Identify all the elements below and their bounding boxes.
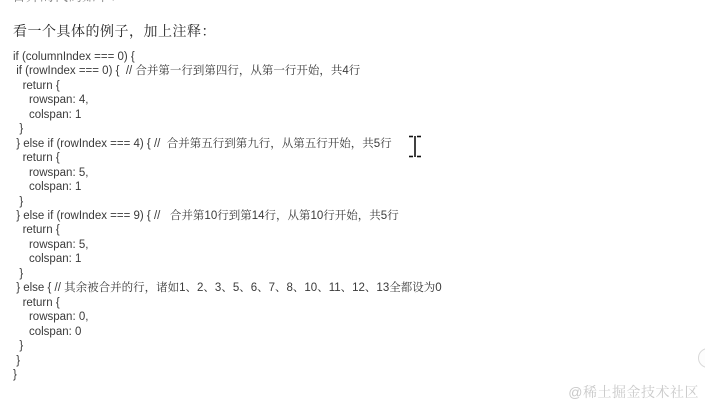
article-page: 合并的代码如下： 看一个具体的例子，加上注释： if (columnIndex … <box>0 0 705 409</box>
watermark: @稀土掘金技术社区 <box>568 384 699 401</box>
clipped-paragraph: 合并的代码如下： <box>12 0 312 4</box>
ibeam-cursor-icon <box>408 135 422 158</box>
edge-widget-partial[interactable] <box>698 348 705 368</box>
code-block[interactable]: if (columnIndex === 0) { if (rowIndex ==… <box>13 50 442 382</box>
clipped-paragraph-text: 合并的代码如下： <box>12 0 312 4</box>
section-paragraph: 看一个具体的例子，加上注释： <box>13 22 216 40</box>
